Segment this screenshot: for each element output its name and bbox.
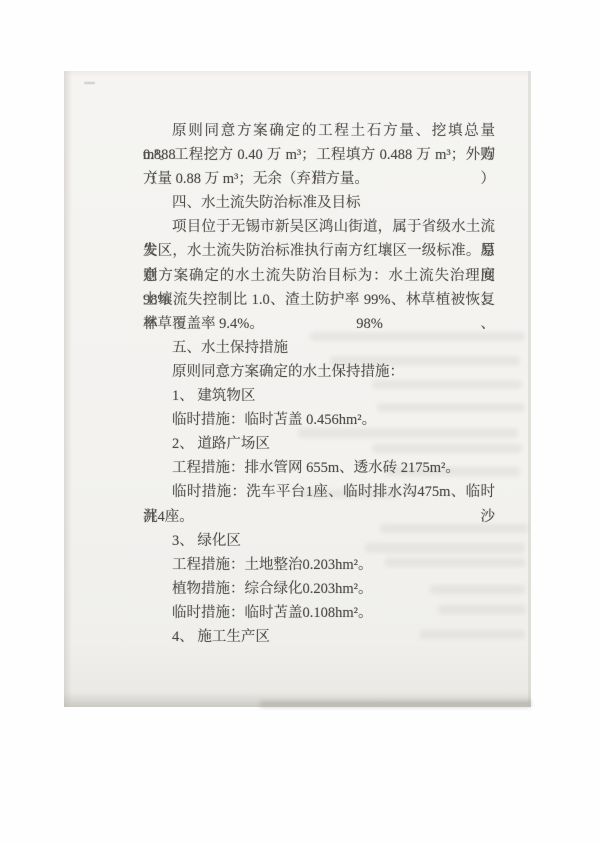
- document-list-item: 4、 施工生产区: [143, 625, 495, 649]
- document-section-heading: 四、水土流失防治标准及目标: [143, 191, 495, 215]
- scan-artifact-dash: [84, 82, 95, 84]
- document-section-heading: 五、水土保持措施: [143, 336, 495, 360]
- document-line: 原则同意方案确定的水土保持措施：: [143, 360, 495, 384]
- page-left-edge-shadow: [64, 71, 72, 707]
- document-line: 临时措施：临时苫盖 0.456hm²。: [143, 408, 495, 432]
- document-line: m³。工程挖方 0.40 万 m³；工程填方 0.488 万 m³；外购（借）: [143, 143, 495, 167]
- document-list-item: 1、 建筑物区: [143, 384, 495, 408]
- document-line: 土壤流失控制比 1.0、渣土防护率 99%、林草植被恢复率 98%、: [143, 288, 495, 312]
- scanned-page: 原则同意方案确定的工程土石方量、挖填总量 0.888 万 m³。工程挖方 0.4…: [64, 71, 531, 707]
- document-line: 临时措施：临时苫盖0.108hm²。: [143, 601, 495, 625]
- page-bottom-edge-dark-band: [260, 701, 531, 707]
- document-line: 工程措施：排水管网 655m、透水砖 2175m²。: [143, 456, 495, 480]
- page-top-edge-shadow: [64, 71, 531, 76]
- document-text-block: 原则同意方案确定的工程土石方量、挖填总量 0.888 万 m³。工程挖方 0.4…: [143, 119, 495, 649]
- document-list-item: 2、 道路广场区: [143, 432, 495, 456]
- document-list-item: 3、 绿化区: [143, 529, 495, 553]
- document-line: 原则同意方案确定的工程土石方量、挖填总量 0.888 万: [143, 119, 495, 143]
- document-line: 工程措施：土地整治0.203hm²。: [143, 553, 495, 577]
- page-right-edge-shadow: [528, 71, 531, 707]
- page-background: { "page": { "sheet_color": "#f3f2ef", "t…: [0, 0, 600, 845]
- document-line: 发区，水土流失防治标准执行南方红壤区一级标准。原则同: [143, 239, 495, 263]
- document-line: 项目位于无锡市新吴区鸿山街道，属于省级水土流失易: [143, 215, 495, 239]
- document-line: 植物措施：综合绿化0.203hm²。: [143, 577, 495, 601]
- document-line: 临时措施：洗车平台1座、临时排水沟475m、临时沉沙: [143, 480, 495, 504]
- document-line: 意方案确定的水土流失防治目标为：水土流失治理度 98%、: [143, 264, 495, 288]
